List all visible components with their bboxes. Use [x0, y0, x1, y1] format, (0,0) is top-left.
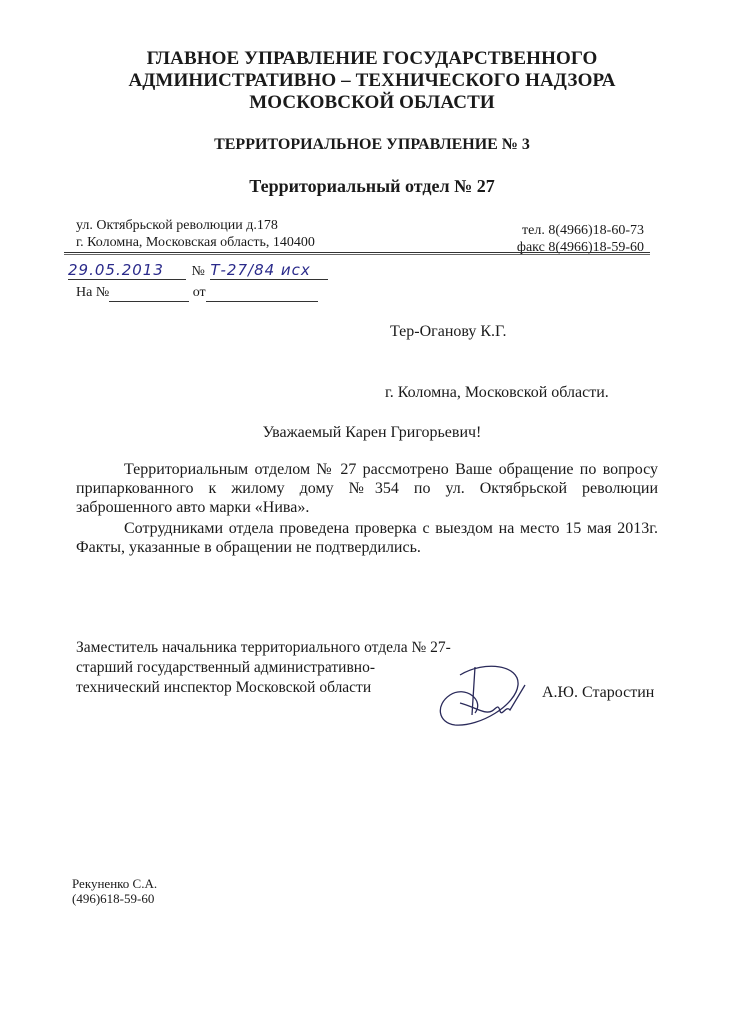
- body-paragraph: Территориальным отделом № 27 рассмотрено…: [76, 460, 658, 517]
- number-label: №: [192, 264, 205, 279]
- reply-from-label: от: [193, 285, 206, 300]
- body-paragraph: Сотрудниками отдела проведена проверка с…: [76, 519, 658, 557]
- executor-block: Рекуненко С.А. (496)618-59-60: [72, 876, 157, 906]
- address-city: г. Коломна, Московская область, 140400: [76, 234, 315, 251]
- recipient-city: г. Коломна, Московской области.: [385, 384, 609, 402]
- executor-name: Рекуненко С.А.: [72, 876, 157, 891]
- header-divider-thin: [64, 254, 650, 255]
- org-title: ГЛАВНОЕ УПРАВЛЕНИЕ ГОСУДАРСТВЕННОГО АДМИ…: [0, 48, 744, 114]
- header-divider: [64, 252, 650, 253]
- department-title: Территориальный отдел № 27: [0, 176, 744, 197]
- address-block: ул. Октябрьской революции д.178 г. Колом…: [76, 217, 315, 251]
- outgoing-registration: 29.05.2013 № Т-27/84 исх: [68, 262, 328, 280]
- signer-title: Заместитель начальника территориального …: [76, 638, 451, 698]
- subdivision-title: ТЕРРИТОРИАЛЬНОЕ УПРАВЛЕНИЕ № 3: [0, 136, 744, 154]
- signer-title-line: старший государственный административно-: [76, 658, 451, 678]
- salutation: Уважаемый Карен Григорьевич!: [0, 424, 744, 442]
- org-title-line: МОСКОВСКОЙ ОБЛАСТИ: [0, 92, 744, 114]
- reply-number-blank: [109, 284, 189, 302]
- letter-body: Территориальным отделом № 27 рассмотрено…: [76, 460, 658, 557]
- signer-title-line: технический инспектор Московской области: [76, 678, 451, 698]
- handwritten-signature-icon: [430, 655, 540, 735]
- outgoing-date: 29.05.2013: [68, 262, 186, 280]
- phone-block: тел. 8(4966)18-60-73 факс 8(4966)18-59-6…: [517, 222, 644, 256]
- org-title-line: АДМИНИСТРАТИВНО – ТЕХНИЧЕСКОГО НАДЗОРА: [0, 70, 744, 92]
- executor-phone: (496)618-59-60: [72, 891, 157, 906]
- reply-date-blank: [206, 284, 318, 302]
- signer-name: А.Ю. Старостин: [542, 684, 654, 702]
- org-title-line: ГЛАВНОЕ УПРАВЛЕНИЕ ГОСУДАРСТВЕННОГО: [0, 48, 744, 70]
- phone-number: тел. 8(4966)18-60-73: [517, 222, 644, 239]
- recipient-name: Тер-Оганову К.Г.: [390, 323, 507, 341]
- outgoing-number: Т-27/84 исх: [210, 262, 328, 280]
- address-street: ул. Октябрьской революции д.178: [76, 217, 315, 234]
- signer-title-line: Заместитель начальника территориального …: [76, 638, 451, 658]
- reply-number-label: На №: [76, 285, 109, 300]
- reply-registration: На № от: [76, 284, 318, 302]
